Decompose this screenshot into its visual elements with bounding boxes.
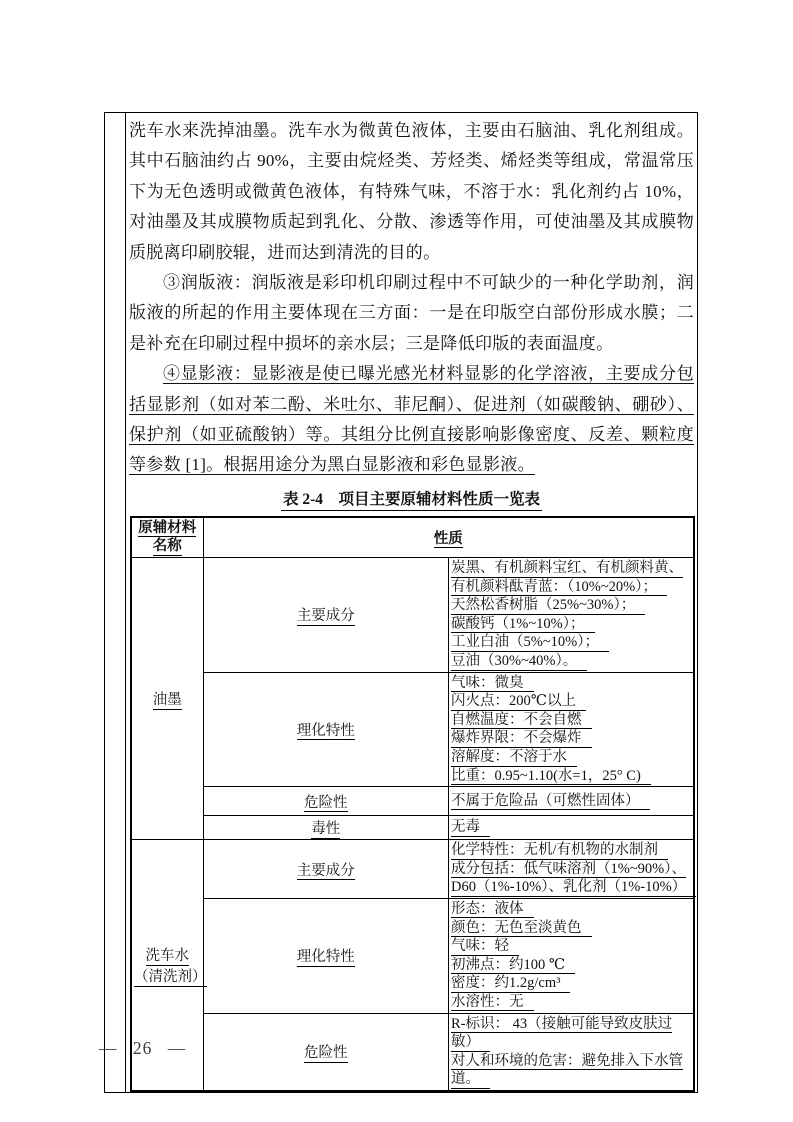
property-value-line: 溶解度：不溶于水 bbox=[451, 749, 577, 767]
property-label-cell: 主要成分 bbox=[203, 558, 449, 673]
property-value-cell: 炭黑、有机颜料宝红、有机颜料黄、有机颜料酞青蓝：（10%~20%）； 天然松香树… bbox=[449, 558, 695, 673]
property-value-cell: R-标识： 43（接触可能导致皮肤过敏） 对人和环境的危害：避免排入下水管道。 bbox=[449, 1013, 695, 1091]
property-value-cell: 气味：微臭 闪火点：200℃以上 自燃温度：不会自燃 爆炸界限：不会爆炸 溶解度… bbox=[449, 672, 695, 787]
material-name: 洗车水（清洗剂） bbox=[134, 948, 207, 987]
property-label-cell: 危险性 bbox=[203, 1013, 449, 1091]
table-row: 危险性 R-标识： 43（接触可能导致皮肤过敏） 对人和环境的危害：避免排入下水… bbox=[131, 1013, 694, 1091]
property-value-line: 颜色：无色至淡黄色 bbox=[451, 920, 592, 938]
property-value-line: 爆炸界限：不会爆炸 bbox=[451, 730, 592, 748]
property-value-line: 初沸点：约100 ℃ bbox=[451, 957, 575, 975]
property-value-line: 水溶性：无 bbox=[451, 994, 534, 1012]
property-value-cell: 化学特性：无机/有机物的水制剂 成分包括：低气味溶剂（1%~90%）、D60（1… bbox=[449, 840, 695, 899]
table-row: 理化特性 气味：微臭 闪火点：200℃以上 自燃温度：不会自燃 爆炸界限：不会爆… bbox=[131, 672, 694, 787]
property-value-line: R-标识： 43（接触可能导致皮肤过敏） bbox=[451, 1016, 672, 1052]
property-label-cell: 危险性 bbox=[203, 787, 449, 816]
table-row: 洗车水（清洗剂） 主要成分 化学特性：无机/有机物的水制剂 成分包括：低气味溶剂… bbox=[131, 840, 694, 899]
property-value-line: 豆油（30%~40%）。 bbox=[451, 653, 587, 671]
header-material-line1: 原辅材料 bbox=[138, 520, 196, 538]
property-label-cell: 毒性 bbox=[203, 816, 449, 840]
property-label: 主要成分 bbox=[297, 863, 355, 881]
header-property: 性质 bbox=[203, 517, 694, 558]
header-material-line2: 名称 bbox=[153, 538, 182, 556]
table-row: 理化特性 形态：液体 颜色：无色至淡黄色 气味：轻 初沸点：约100 ℃ 密度：… bbox=[131, 898, 694, 1013]
property-value-line: 闪火点：200℃以上 bbox=[451, 693, 586, 711]
property-value-line: 比重：0.95~1.10(水=1，25° C) bbox=[451, 768, 651, 786]
property-value-line: 形态：液体 bbox=[451, 901, 534, 919]
property-value-line: 密度：约1.2g/cm³ bbox=[451, 975, 570, 993]
table-header-row: 原辅材料 名称 性质 bbox=[131, 517, 694, 558]
paragraph-developer-solution: ④显影液：显影液是使已曝光感光材料显影的化学溶液，主要成分包括显影剂（如对苯二酚… bbox=[129, 359, 694, 481]
table-title-text: 表 2-4 项目主要原辅材料性质一览表 bbox=[281, 491, 542, 511]
content-area: 洗车水来洗掉油墨。洗车水为微黄色液体，主要由石脑油、乳化剂组成。其中石脑油约占 … bbox=[126, 113, 697, 1092]
property-value-line: 气味：轻 bbox=[451, 938, 519, 956]
paragraph-fountain-solution: ③润版液：润版液是彩印机印刷过程中不可缺少的一种化学助剂，润版液的所起的作用主要… bbox=[129, 268, 694, 359]
property-value-line: 气味：微臭 bbox=[451, 675, 534, 693]
property-value-cell: 形态：液体 颜色：无色至淡黄色 气味：轻 初沸点：约100 ℃ 密度：约1.2g… bbox=[449, 898, 695, 1013]
property-label: 理化特性 bbox=[297, 949, 355, 967]
property-value-cell: 无毒 bbox=[449, 816, 695, 840]
property-label: 主要成分 bbox=[297, 608, 355, 626]
property-label: 毒性 bbox=[311, 821, 340, 839]
property-value-line: 天然松香树脂（25%~30%）； bbox=[451, 597, 645, 615]
property-value-line: 对人和环境的危害：避免排入下水管道。 bbox=[451, 1053, 683, 1089]
property-value-line: 工业白油（5%~10%）； bbox=[451, 634, 609, 652]
material-name: 油墨 bbox=[153, 692, 182, 710]
property-value-line: 碳酸钙（1%~10%）； bbox=[451, 616, 595, 634]
materials-table: 原辅材料 名称 性质 油墨 主要成分 炭黑、有机 bbox=[130, 516, 695, 1092]
gutter-column bbox=[105, 113, 126, 1092]
table-row: 油墨 主要成分 炭黑、有机颜料宝红、有机颜料黄、有机颜料酞青蓝：（10%~20%… bbox=[131, 558, 694, 673]
header-material-name: 原辅材料 名称 bbox=[131, 517, 203, 558]
page-number: — 26 — bbox=[99, 1038, 186, 1059]
header-property-text: 性质 bbox=[434, 531, 463, 549]
property-label: 理化特性 bbox=[297, 723, 355, 741]
table-row: 危险性 不属于危险品（可燃性固体） bbox=[131, 787, 694, 816]
table-title: 表 2-4 项目主要原辅材料性质一览表 bbox=[129, 490, 694, 510]
property-value-cell: 不属于危险品（可燃性固体） bbox=[449, 787, 695, 816]
page-frame: 洗车水来洗掉油墨。洗车水为微黄色液体，主要由石脑油、乳化剂组成。其中石脑油约占 … bbox=[104, 112, 698, 1093]
property-value-line: 化学特性：无机/有机物的水制剂 bbox=[451, 842, 668, 860]
property-label: 危险性 bbox=[304, 1045, 348, 1063]
property-value-line: 炭黑、有机颜料宝红、有机颜料黄、有机颜料酞青蓝：（10%~20%）； bbox=[451, 560, 683, 596]
document-page: 洗车水来洗掉油墨。洗车水为微黄色液体，主要由石脑油、乳化剂组成。其中石脑油约占 … bbox=[0, 0, 793, 1122]
property-value-line: 不属于危险品（可燃性固体） bbox=[451, 793, 650, 811]
table-row: 毒性 无毒 bbox=[131, 816, 694, 840]
property-value-line: 无毒 bbox=[451, 819, 490, 837]
material-cell-ink: 油墨 bbox=[131, 558, 203, 840]
property-label: 危险性 bbox=[304, 795, 348, 813]
property-value-line: 自燃温度：不会自燃 bbox=[451, 712, 592, 730]
property-value-line: 成分包括：低气味溶剂（1%~90%）、D60（1%-10%）、乳化剂（1%-10… bbox=[451, 861, 696, 897]
property-label-cell: 理化特性 bbox=[203, 898, 449, 1013]
property-label-cell: 主要成分 bbox=[203, 840, 449, 899]
paragraph-wash-water: 洗车水来洗掉油墨。洗车水为微黄色液体，主要由石脑油、乳化剂组成。其中石脑油约占 … bbox=[129, 116, 694, 268]
property-label-cell: 理化特性 bbox=[203, 672, 449, 787]
